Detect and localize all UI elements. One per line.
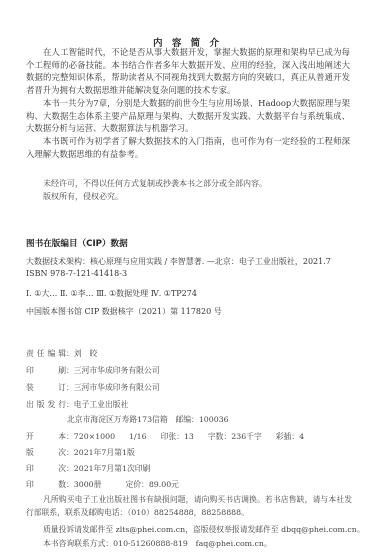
colophon-value: 2021年7月第1版 <box>74 448 135 457</box>
colophon-copies: 印 数：3000册定价：89.00元 <box>26 479 179 490</box>
summary-paragraph-2: 本书一共分为7章，分别是大数据的前世今生与应用场景、Hadoop大数据原理与架构… <box>26 97 350 135</box>
cip-bibliographic: 大数据技术架构：核心原理与应用实践 / 李智慧著. —北京：电子工业出版社，20… <box>26 256 331 267</box>
format-fold: 1/16 <box>129 432 147 441</box>
copyright-line-1: 未经许可，不得以任何方式复制或抄袭本书之部分或全部内容。 <box>43 178 267 191</box>
format-words: 字数：236千字 <box>208 432 262 441</box>
summary-paragraph-3: 本书既可作为初学者了解大数据技术的入门指南，也可作为有一定经验的工程师深入理解大… <box>26 135 350 160</box>
colophon-label: 责任编辑 <box>26 348 66 359</box>
colophon-value: 三河市华成印务有限公司 <box>74 383 160 392</box>
footer-notice: 凡所购买电子工业出版社图书有缺损问题，请向购买书店调换。若书店售缺，请与本社发行… <box>26 494 352 519</box>
footer-contact: 本书咨询联系方式：010-51260888-819 faq@phei.com.c… <box>43 538 272 549</box>
colophon-binding: 装 订：三河市华成印务有限公司 <box>26 382 160 393</box>
colophon-label: 出版发行 <box>26 399 66 410</box>
colophon-price: 定价：89.00元 <box>125 480 179 489</box>
colophon-value: 电子工业出版社 <box>74 400 129 409</box>
colophon-address: 北京市海淀区万寿路173信箱 邮编：100036 <box>67 414 229 425</box>
colophon-impression: 印 次：2021年7月第1次印刷 <box>26 463 150 474</box>
format-size: 720×1000 <box>74 432 115 441</box>
colophon-format: 开 本：720×10001/16印张：13字数：236千字彩插：4 <box>26 431 304 442</box>
copyright-page: 内 容 简 介 在人工智能时代，不论是否从事大数据开发，掌握大数据的原理和架构早… <box>0 0 375 558</box>
colophon-editor: 责任编辑：刘 皎 <box>26 348 97 359</box>
format-sheets: 印张：13 <box>161 432 194 441</box>
copyright-line-2: 版权所有，侵权必究。 <box>43 191 123 204</box>
cip-record: 中国版本图书馆 CIP 数据核字（2021）第 117820 号 <box>26 306 222 317</box>
colophon-publisher: 出版发行：电子工业出版社 <box>26 399 128 410</box>
footer-complaints: 质量投诉请发邮件至 zlts@phei.com.cn，盗版侵权举报请发邮件至 d… <box>43 524 365 535</box>
colophon-value: 2021年7月第1次印刷 <box>74 464 151 473</box>
colophon-value: 刘 皎 <box>74 349 97 358</box>
colophon-label: 印 数 <box>26 479 66 490</box>
colophon-printing: 印 刷：三河市华成印务有限公司 <box>26 365 160 376</box>
cip-classification: Ⅰ. ①大… Ⅱ. ①李… Ⅲ. ①数据处理 Ⅳ. ①TP274 <box>26 288 197 299</box>
colophon-label: 装 订 <box>26 382 66 393</box>
colophon-edition: 版 次：2021年7月第1版 <box>26 447 135 458</box>
colophon-value: 三河市华成印务有限公司 <box>74 366 160 375</box>
cip-isbn: ISBN 978-7-121-41418-3 <box>26 269 127 278</box>
summary-paragraph-1: 在人工智能时代，不论是否从事大数据开发，掌握大数据的原理和架构早已成为每个工程师… <box>26 46 350 96</box>
cip-heading: 图书在版编目（CIP）数据 <box>26 237 128 249</box>
colophon-label: 开 本 <box>26 431 66 442</box>
colophon-label: 印 次 <box>26 463 66 474</box>
colophon-label: 版 次 <box>26 447 66 458</box>
colophon-label: 印 刷 <box>26 365 66 376</box>
format-plates: 彩插：4 <box>276 432 304 441</box>
colophon-value: 3000册 <box>74 480 102 489</box>
